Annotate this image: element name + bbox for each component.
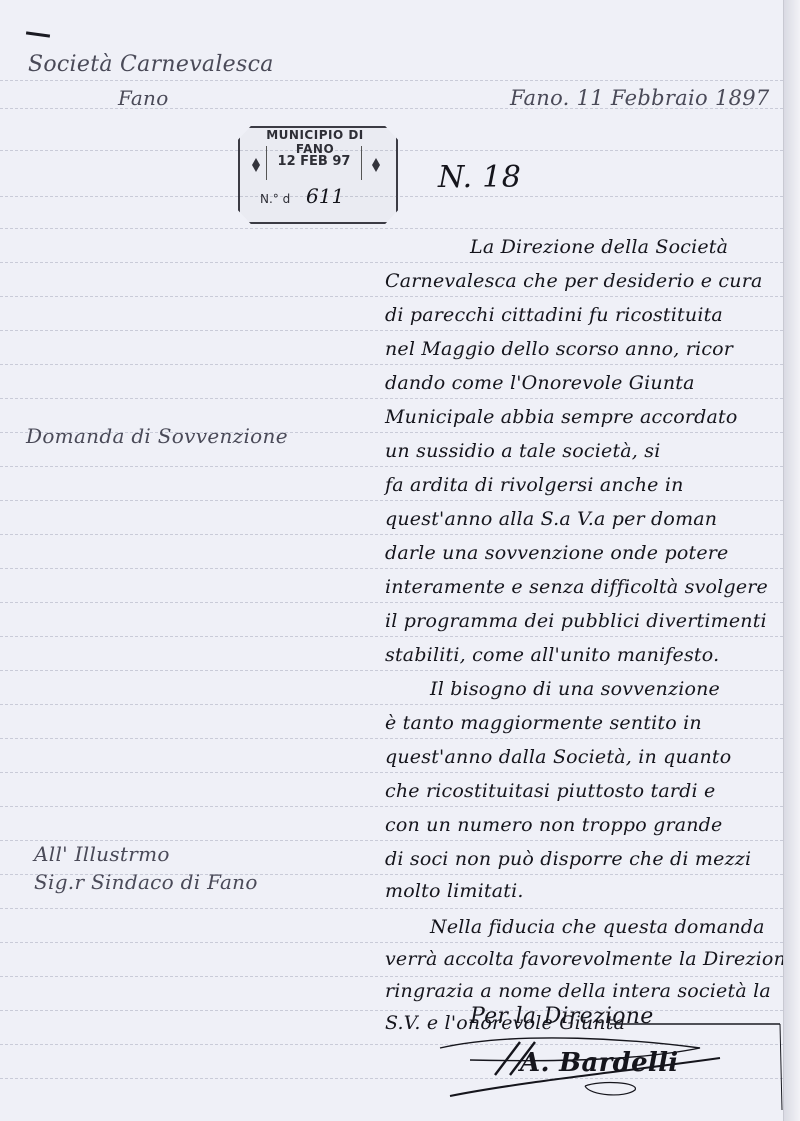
- letterhead-line2: Fano: [118, 86, 169, 110]
- closing-text: Per la Direzione: [470, 1004, 654, 1029]
- stamp-date-box: 12 FEB 97: [266, 146, 362, 180]
- stamp-number: 611: [306, 184, 344, 208]
- body-line: verrà accolta favorevolmente la Direzion…: [385, 948, 797, 970]
- body-line: fa ardita di rivolgersi anche in: [385, 474, 684, 496]
- place-date: Fano. 11 Febbraio 1897: [510, 86, 770, 110]
- addressee-line1: All' Illustrmo: [34, 842, 170, 866]
- municipal-stamp: MUNICIPIO DI FANO 12 FEB 97 N.° d 611: [236, 124, 396, 222]
- body-line: Nella fiducia che questa domanda: [430, 916, 765, 938]
- document-page: Società Carnevalesca Fano Fano. 11 Febbr…: [0, 0, 783, 1121]
- body-line: nel Maggio dello scorso anno, ricor: [385, 338, 733, 360]
- stamp-date: 12 FEB 97: [267, 154, 361, 169]
- body-line: darle una sovvenzione onde potere: [385, 542, 729, 564]
- stamp-prefix: N.° d: [260, 192, 290, 206]
- body-line: con un numero non troppo grande: [385, 814, 723, 836]
- body-line: molto limitati.: [385, 880, 524, 902]
- dash-mark: [26, 31, 50, 37]
- body-line: ringrazia a nome della intera società la: [385, 980, 771, 1002]
- body-line: interamente e senza difficoltà svolgere: [385, 576, 768, 598]
- body-line: Il bisogno di una sovvenzione: [430, 678, 720, 700]
- body-line: il programma dei pubblici divertimenti: [385, 610, 767, 632]
- body-line: che ricostituitasi piuttosto tardi e: [385, 780, 715, 802]
- page-edge: [783, 0, 800, 1121]
- addressee-line2: Sig.r Sindaco di Fano: [34, 870, 258, 894]
- body-line: di soci non può disporre che di mezzi: [385, 848, 751, 870]
- body-line: Carnevalesca che per desiderio e cura: [385, 270, 763, 292]
- body-line: Municipale abbia sempre accordato: [385, 406, 738, 428]
- body-line: dando come l'Onorevole Giunta: [385, 372, 695, 394]
- body-line: stabiliti, come all'unito manifesto.: [385, 644, 719, 666]
- protocol-number: N. 18: [438, 160, 521, 195]
- signature: A. Bardelli: [520, 1048, 678, 1078]
- body-line: quest'anno alla S.a V.a per doman: [385, 508, 717, 530]
- body-line: La Direzione della Società: [470, 236, 728, 258]
- body-line: è tanto maggiormente sentito in: [385, 712, 702, 734]
- body-line: di parecchi cittadini fu ricostituita: [385, 304, 723, 326]
- subject: Domanda di Sovvenzione: [26, 424, 288, 448]
- body-line: un sussidio a tale società, si: [385, 440, 661, 462]
- body-line: quest'anno dalla Società, in quanto: [385, 746, 731, 768]
- letterhead-line1: Società Carnevalesca: [28, 52, 274, 77]
